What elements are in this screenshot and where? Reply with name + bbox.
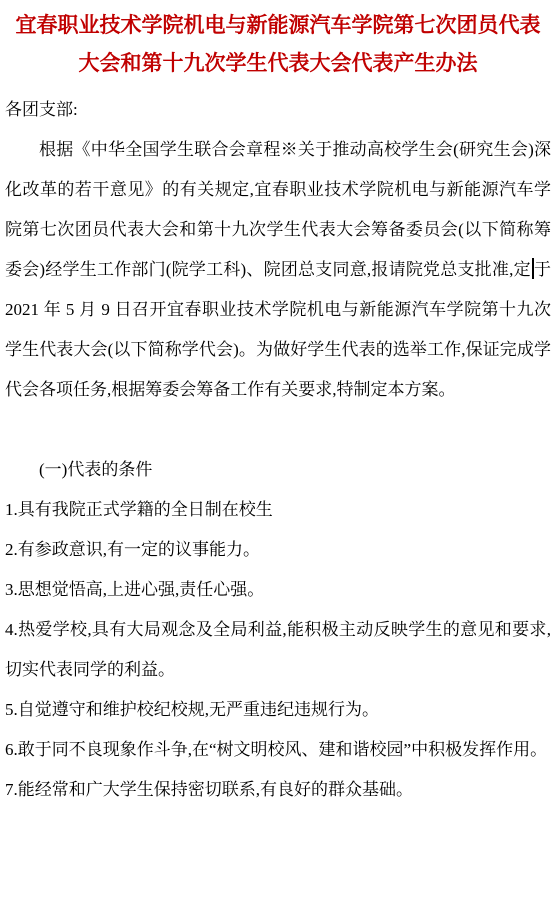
list-item-1: 1.具有我院正式学籍的全日制在校生 <box>5 490 551 530</box>
blank-line <box>5 410 551 450</box>
document-page[interactable]: 宜春职业技术学院机电与新能源汽车学院第七次团员代表大会和第十九次学生代表大会代表… <box>0 0 556 899</box>
paragraph-text-after-caret: 于 2021 年 5 月 9 日召开宜春职业技术学院机电与新能源汽车学院第十九次… <box>5 260 551 399</box>
list-item-7: 7.能经常和广大学生保持密切联系,有良好的群众基础。 <box>5 770 551 810</box>
list-item-6: 6.敢于同不良现象作斗争,在“树文明校风、建和谐校园”中积极发挥作用。 <box>5 730 551 770</box>
list-item-5: 5.自觉遵守和维护校纪校规,无严重违纪违规行为。 <box>5 690 551 730</box>
paragraph-text-before-caret: 根据《中华全国学生联合会章程※关于推动高校学生会(研究生会)深化改革的若干意见》… <box>5 140 551 279</box>
opening-paragraph: 根据《中华全国学生联合会章程※关于推动高校学生会(研究生会)深化改革的若干意见》… <box>5 130 551 410</box>
document-title: 宜春职业技术学院机电与新能源汽车学院第七次团员代表大会和第十九次学生代表大会代表… <box>13 6 543 82</box>
list-item-2: 2.有参政意识,有一定的议事能力。 <box>5 530 551 570</box>
list-item-3: 3.思想觉悟高,上进心强,责任心强。 <box>5 570 551 610</box>
salutation: 各团支部: <box>5 90 551 130</box>
section-heading-conditions: (一)代表的条件 <box>5 450 551 490</box>
list-item-4: 4.热爱学校,具有大局观念及全局利益,能积极主动反映学生的意见和要求,切实代表同… <box>5 610 551 690</box>
